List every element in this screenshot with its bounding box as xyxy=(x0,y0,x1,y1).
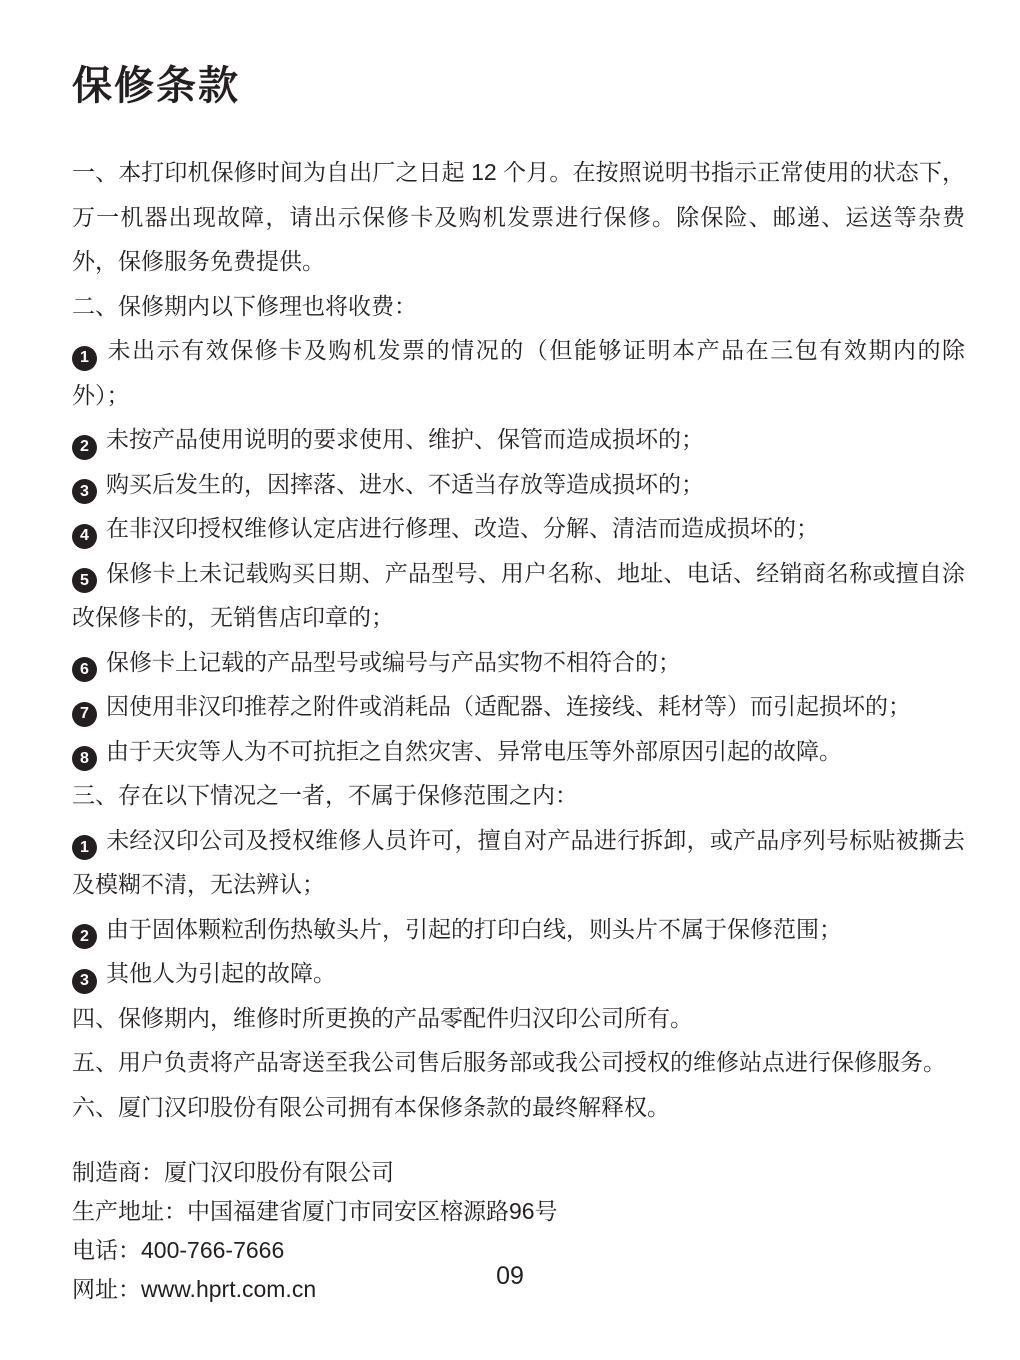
term-text: 其他人为引起的故障。 xyxy=(106,960,336,986)
term-text: 因使用非汉印推荐之附件或消耗品（适配器、连接线、耗材等）而引起损坏的； xyxy=(106,693,911,719)
numbered-bullet-icon: 1 xyxy=(72,835,97,860)
page-number: 09 xyxy=(0,1262,1020,1291)
term-text: 未按产品使用说明的要求使用、维护、保管而造成损坏的； xyxy=(106,426,704,452)
term-paragraph: 二、保修期内以下修理也将收费： xyxy=(72,284,965,329)
numbered-bullet-icon: 3 xyxy=(72,969,97,994)
numbered-bullet-icon: 7 xyxy=(72,702,97,727)
term-paragraph: 四、保修期内，维修时所更换的产品零配件归汉印公司所有。 xyxy=(72,996,965,1041)
term-text: 未出示有效保修卡及购机发票的情况的（但能够证明本产品在三包有效期内的除外）； xyxy=(72,337,965,408)
terms-list: 一、本打印机保修时间为自出厂之日起 12 个月。在按照说明书指示正常使用的状态下… xyxy=(72,150,965,1129)
numbered-bullet-icon: 4 xyxy=(72,524,97,549)
term-text: 保修卡上未记载购买日期、产品型号、用户名称、地址、电话、经销商名称或擅自涂改保修… xyxy=(72,560,965,631)
numbered-term-item: 1未经汉印公司及授权维修人员许可，擅自对产品进行拆卸，或产品序列号标贴被撕去及模… xyxy=(72,818,965,907)
numbered-bullet-icon: 1 xyxy=(72,346,97,371)
numbered-term-item: 8由于天灾等人为不可抗拒之自然灾害、异常电压等外部原因引起的故障。 xyxy=(72,729,965,774)
term-text: 购买后发生的，因摔落、进水、不适当存放等造成损坏的； xyxy=(106,471,704,497)
term-paragraph: 六、厦门汉印股份有限公司拥有本保修条款的最终解释权。 xyxy=(72,1085,965,1130)
numbered-term-item: 5保修卡上未记载购买日期、产品型号、用户名称、地址、电话、经销商名称或擅自涂改保… xyxy=(72,551,965,640)
numbered-term-item: 2未按产品使用说明的要求使用、维护、保管而造成损坏的； xyxy=(72,417,965,462)
term-text: 在非汉印授权维修认定店进行修理、改造、分解、清洁而造成损坏的； xyxy=(106,515,819,541)
manufacturer-line: 制造商：厦门汉印股份有限公司 xyxy=(72,1153,965,1192)
numbered-term-item: 3购买后发生的，因摔落、进水、不适当存放等造成损坏的； xyxy=(72,462,965,507)
numbered-term-item: 1未出示有效保修卡及购机发票的情况的（但能够证明本产品在三包有效期内的除外）； xyxy=(72,328,965,417)
term-text: 三、存在以下情况之一者，不属于保修范围之内： xyxy=(72,782,578,808)
numbered-bullet-icon: 6 xyxy=(72,657,97,682)
term-text: 由于天灾等人为不可抗拒之自然灾害、异常电压等外部原因引起的故障。 xyxy=(106,738,842,764)
term-paragraph: 三、存在以下情况之一者，不属于保修范围之内： xyxy=(72,773,965,818)
term-text: 一、本打印机保修时间为自出厂之日起 12 个月。在按照说明书指示正常使用的状态下… xyxy=(72,159,965,274)
numbered-term-item: 4在非汉印授权维修认定店进行修理、改造、分解、清洁而造成损坏的； xyxy=(72,506,965,551)
term-text: 五、用户负责将产品寄送至我公司售后服务部或我公司授权的维修站点进行保修服务。 xyxy=(72,1049,946,1075)
address-line: 生产地址：中国福建省厦门市同安区榕源路96号 xyxy=(72,1192,965,1231)
numbered-bullet-icon: 5 xyxy=(72,568,97,593)
numbered-term-item: 3其他人为引起的故障。 xyxy=(72,951,965,996)
numbered-bullet-icon: 3 xyxy=(72,479,97,504)
term-text: 由于固体颗粒刮伤热敏头片，引起的打印白线，则头片不属于保修范围； xyxy=(106,916,842,942)
term-paragraph: 五、用户负责将产品寄送至我公司售后服务部或我公司授权的维修站点进行保修服务。 xyxy=(72,1040,965,1085)
warranty-terms-page: 保修条款 一、本打印机保修时间为自出厂之日起 12 个月。在按照说明书指示正常使… xyxy=(0,0,1020,1360)
numbered-term-item: 7因使用非汉印推荐之附件或消耗品（适配器、连接线、耗材等）而引起损坏的； xyxy=(72,684,965,729)
term-text: 保修卡上记载的产品型号或编号与产品实物不相符合的； xyxy=(106,649,681,675)
numbered-bullet-icon: 2 xyxy=(72,435,97,460)
numbered-term-item: 2由于固体颗粒刮伤热敏头片，引起的打印白线，则头片不属于保修范围； xyxy=(72,907,965,952)
numbered-bullet-icon: 8 xyxy=(72,746,97,771)
term-text: 二、保修期内以下修理也将收费： xyxy=(72,293,417,319)
term-paragraph: 一、本打印机保修时间为自出厂之日起 12 个月。在按照说明书指示正常使用的状态下… xyxy=(72,150,965,284)
numbered-term-item: 6保修卡上记载的产品型号或编号与产品实物不相符合的； xyxy=(72,640,965,685)
term-text: 六、厦门汉印股份有限公司拥有本保修条款的最终解释权。 xyxy=(72,1094,670,1120)
term-text: 四、保修期内，维修时所更换的产品零配件归汉印公司所有。 xyxy=(72,1005,693,1031)
page-title: 保修条款 xyxy=(72,62,965,110)
numbered-bullet-icon: 2 xyxy=(72,924,97,949)
term-text: 未经汉印公司及授权维修人员许可，擅自对产品进行拆卸，或产品序列号标贴被撕去及模糊… xyxy=(72,827,965,898)
